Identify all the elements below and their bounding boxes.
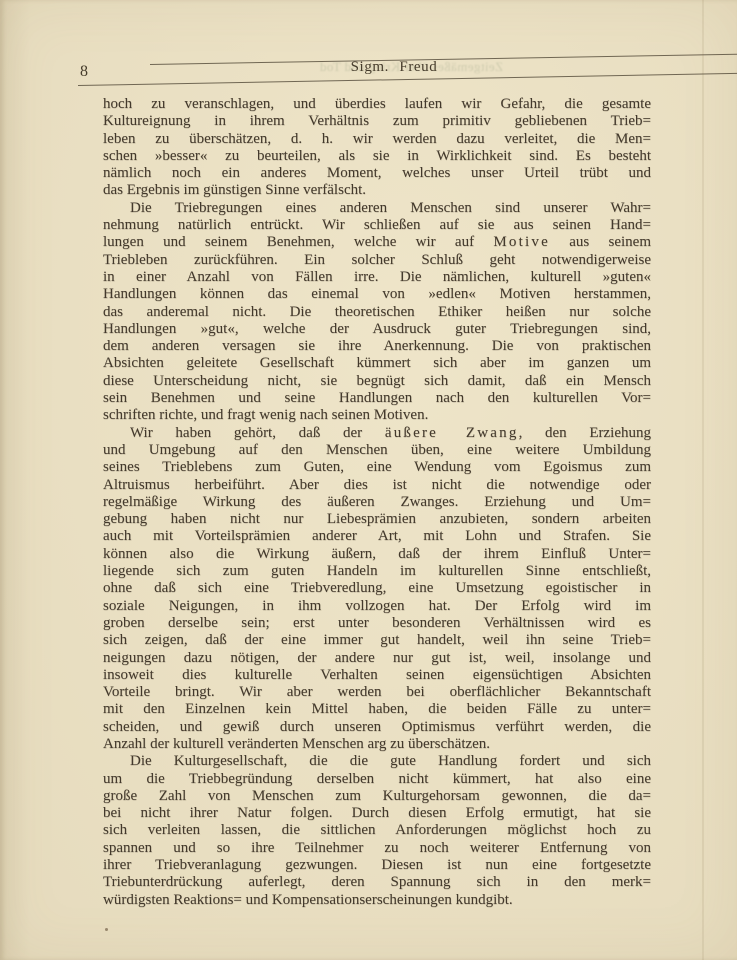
text-line: lungen und seinem Benehmen, welche wir a… xyxy=(103,234,651,251)
text-line: ihrer Triebveranlagung gezwungen. Diesen… xyxy=(103,857,651,874)
paragraph: Die Triebregungen eines anderen Menschen… xyxy=(103,200,651,425)
text-line: das Ergebnis im günstigen Sinne verfälsc… xyxy=(103,182,651,199)
text-line: neigungen dazu nötigen, der andere nur g… xyxy=(103,650,651,667)
text-line: ohne daß sich eine Triebveredlung, eine … xyxy=(103,580,651,597)
text-line: Die Kulturgesellschaft, die die gute Han… xyxy=(103,753,651,770)
text-line: würdigsten Reaktions= und Kompensationse… xyxy=(103,892,651,909)
text-line: Handlungen »gut«, welche der Ausdruck gu… xyxy=(103,321,651,338)
text-line: seines Trieblebens zum Guten, eine Wendu… xyxy=(103,459,651,476)
page-number: 8 xyxy=(80,63,88,81)
text-line: Anzahl der kulturell veränderten Mensche… xyxy=(103,736,651,753)
text-line: mit den Einzelnen kein Mittel haben, die… xyxy=(103,701,651,718)
text-line: in einer Anzahl von Fällen irre. Die näm… xyxy=(103,269,651,286)
text-line: nehmung natürlich entrückt. Wir schließe… xyxy=(103,217,651,234)
text-line: schen »besser« zu beurteilen, als sie in… xyxy=(103,148,651,165)
text-line: gebung haben nicht nur Liebesprämien anz… xyxy=(103,511,651,528)
text-line: leben zu überschätzen, d. h. wir werden … xyxy=(103,131,651,148)
text-line: hoch zu veranschlagen, und überdies lauf… xyxy=(103,96,651,113)
paragraph: hoch zu veranschlagen, und überdies lauf… xyxy=(103,96,651,200)
page-crease xyxy=(702,0,704,960)
text-line: scheiden, und gewiß durch unseren Optimi… xyxy=(103,719,651,736)
text-line: dem anderen versagen sie ihre Anerkennun… xyxy=(103,338,651,355)
page-text: hoch zu veranschlagen, und überdies lauf… xyxy=(103,96,651,909)
text-line: insoweit dies kulturelle Verhalten seine… xyxy=(103,667,651,684)
paragraph: Wir haben gehört, daß der äußere Zwang, … xyxy=(103,425,651,754)
emphasized-word: Motive xyxy=(493,234,550,250)
text-line: und Umgebung auf den Menschen üben, eine… xyxy=(103,442,651,459)
text-line: um die Triebbegründung derselben nicht k… xyxy=(103,771,651,788)
text-line: schriften richte, und fragt wenig nach s… xyxy=(103,407,651,424)
text-line: Altruismus herbeiführt. Aber dies ist ni… xyxy=(103,477,651,494)
text-line: Handlungen können das einemal von »edlen… xyxy=(103,286,651,303)
text-line: Triebunterdrückung auferlegt, deren Span… xyxy=(103,874,651,891)
text-line: Triebleben zurückführen. Ein solcher Sch… xyxy=(103,252,651,269)
running-title: Sigm. Freud xyxy=(120,59,668,76)
text-line: spannen und so ihre Teilnehmer zu noch w… xyxy=(103,840,651,857)
text-line: liegende sich zum guten Handeln im kultu… xyxy=(103,563,651,580)
text-line: sich verleiten lassen, die sittlichen An… xyxy=(103,822,651,839)
text-line: können also die Wirkung äußern, daß der … xyxy=(103,546,651,563)
text-line: Vorteile bringt. Wir aber werden bei obe… xyxy=(103,684,651,701)
text-line: regelmäßige Wirkung des äußeren Zwanges.… xyxy=(103,494,651,511)
text-line: Wir haben gehört, daß der äußere Zwang, … xyxy=(103,425,651,442)
emphasized-word: äußere Zwang xyxy=(385,425,519,441)
text-line: soziale Neigungen, in ihm vollzogen hat.… xyxy=(103,598,651,615)
text-line: sein Benehmen und seine Handlungen nach … xyxy=(103,390,651,407)
text-line: Die Triebregungen eines anderen Menschen… xyxy=(103,200,651,217)
text-line: große Zahl von Menschen zum Kulturgehors… xyxy=(103,788,651,805)
text-line: auch mit Vorteilsprämien anderer Art, mi… xyxy=(103,528,651,545)
text-line: sich zeigen, daß der eine immer gut hand… xyxy=(103,632,651,649)
text-line: nämlich noch ein anderes Moment, welches… xyxy=(103,165,651,182)
text-line: bei nicht ihrer Natur folgen. Durch dies… xyxy=(103,805,651,822)
text-line: Kultureignung in ihrem Verhältnis zum pr… xyxy=(103,113,651,130)
text-line: diese Unterscheidung nicht, sie begnügt … xyxy=(103,373,651,390)
paragraph: Die Kulturgesellschaft, die die gute Han… xyxy=(103,753,651,909)
text-line: groben derselbe sein; erst unter besonde… xyxy=(103,615,651,632)
dust-speck xyxy=(105,928,108,931)
book-page: Zeitgemäßes über Krieg und Tod 8 Sigm. F… xyxy=(0,0,737,960)
text-line: das anderemal nicht. Die theoretischen E… xyxy=(103,304,651,321)
text-line: Absichten geleitete Gesellschaft kümmert… xyxy=(103,355,651,372)
